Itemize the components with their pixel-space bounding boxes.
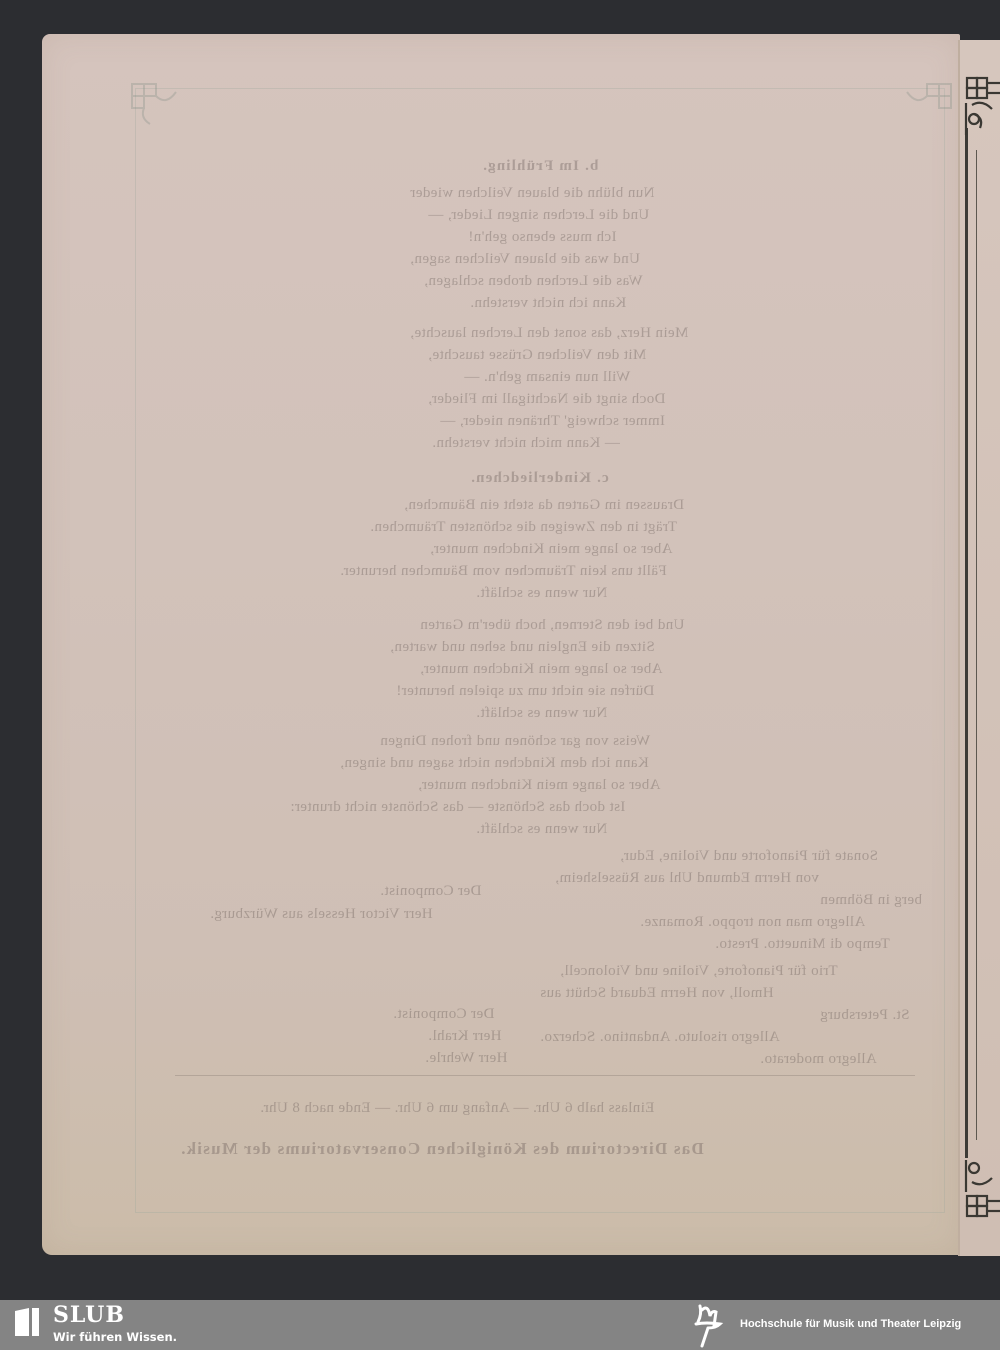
bleed-line: — Kann mich nicht verstehn. <box>432 432 620 454</box>
bleed-line: Nur wenn es schläft. <box>476 702 607 724</box>
bleed-program-line: berg in Böhmen <box>820 889 922 911</box>
bleed-line: Immer schweig' Thränen nieder, — <box>440 410 665 432</box>
bleed-line: Trägt in den Zweigen die schönsten Träum… <box>370 516 677 538</box>
bleed-program-line: Sonate für Pianoforte und Violine, Edur, <box>620 845 878 867</box>
ornament-corner-bottom-icon <box>964 1160 1000 1220</box>
bleed-line: Was die Lerchen droben schlagen, <box>424 270 643 292</box>
footer-bar: SLUB Wir führen Wissen. Hochschule für M… <box>0 1300 1000 1350</box>
ornament-corner-icon <box>900 80 955 130</box>
slub-logo-text[interactable]: SLUB <box>53 1302 125 1328</box>
bleed-line: Aber so lange mein Kindchen munter, <box>418 774 661 796</box>
bleed-line: Draussen im Garten da steht ein Bäumchen… <box>404 494 684 516</box>
bleed-program-line: Allegro moderato. <box>760 1048 877 1070</box>
slub-tagline: Wir führen Wissen. <box>53 1330 177 1344</box>
recto-frame-line <box>965 128 968 1158</box>
bleed-line: Kann ich nicht verstehn. <box>470 292 626 314</box>
bleed-line: Und was die blauen Veilchen sagen, <box>410 248 640 270</box>
book-icon <box>13 1307 41 1337</box>
bleed-line: Mein Herz, das sonst den Lerchen lauscht… <box>410 322 688 344</box>
bleed-performer: Der Componist. <box>380 880 481 902</box>
hmt-logo-text[interactable]: Hochschule für Musik und Theater Leipzig <box>740 1318 961 1330</box>
bleed-line: Nur wenn es schläft. <box>476 818 607 840</box>
bleed-performer: Herr Wehrle. <box>425 1047 507 1069</box>
bleed-program-line: Tempo di Minuetto. Presto. <box>715 933 890 955</box>
bleed-admission: Einlass halb 6 Uhr. — Anfang um 6 Uhr. —… <box>260 1097 654 1119</box>
ornament-corner-top-icon <box>964 75 1000 135</box>
bleed-line: Weiss von gar schönen und frohen Dingen <box>380 730 650 752</box>
bleed-program-line: St. Petersburg <box>820 1004 910 1026</box>
hmt-monogram-icon <box>692 1304 728 1348</box>
bleed-line: Fällt uns kein Träumchen vom Bäumchen he… <box>340 560 667 582</box>
bleed-performer: Herr Krahl. <box>428 1025 502 1047</box>
ornament-corner-icon <box>128 80 183 130</box>
bleed-line: Nun blühn die blauen Veilchen wieder <box>410 182 654 204</box>
bleed-program-line: Trio für Pianoforte, Violine und Violonc… <box>560 960 838 982</box>
bleed-line: Nur wenn es schläft. <box>476 582 607 604</box>
recto-frame-inner-line <box>976 150 977 1140</box>
bleed-line: Sitzen die Englein und sehen und warten, <box>390 636 655 658</box>
scan-viewport: b. Im Frühling. Nun blühn die blauen Vei… <box>0 0 1000 1300</box>
bleed-line: Aber so lange mein Kindchen munter, <box>420 658 663 680</box>
bleed-line: Ich muss ebenso geh'n! <box>468 226 617 248</box>
bleed-line: Aber so lange mein Kindchen munter, <box>430 538 673 560</box>
bleed-section-c-title: c. Kinderliedchen. <box>470 467 609 489</box>
bleed-section-b-title: b. Im Frühling. <box>482 155 598 177</box>
bleed-line: Und die Lerchen singen Lieder, — <box>428 204 649 226</box>
bleed-line: Kann ich dem Kindchen nicht sagen und si… <box>340 752 649 774</box>
bleed-program-line: von Herrn Edmund Uhl aus Rüsselsheim, <box>555 867 819 889</box>
bleed-performer: Der Componist. <box>393 1003 494 1025</box>
bleed-performer: Herr Victor Hessels aus Würzburg. <box>210 903 433 925</box>
bleed-divider <box>175 1075 915 1076</box>
bleed-program-line: Allegro risoluto. Andantino. Scherzo. <box>540 1026 780 1048</box>
bleed-program-line: Hmoll, von Herrn Eduard Schütt aus <box>540 982 774 1004</box>
bleed-program-line: Allegro man non troppo. Romanze. <box>640 911 865 933</box>
bleed-line: Dürfen sie nicht um zu spielen herunter! <box>396 680 654 702</box>
bleed-line: Ist doch das Schönste — das Schönste nic… <box>290 796 625 818</box>
bleed-line: Und bei den Sternen, hoch über'm Garten <box>420 614 684 636</box>
bleed-line: Mit den Veilchen Grüsse tauschte, <box>428 344 646 366</box>
bleed-line: Will nun einsam geh'n. — <box>464 366 630 388</box>
bleed-line: Doch singt die Nachtigall im Flieder, <box>428 388 666 410</box>
bleed-signature: Das Directorium des Königlichen Conserva… <box>180 1138 704 1160</box>
